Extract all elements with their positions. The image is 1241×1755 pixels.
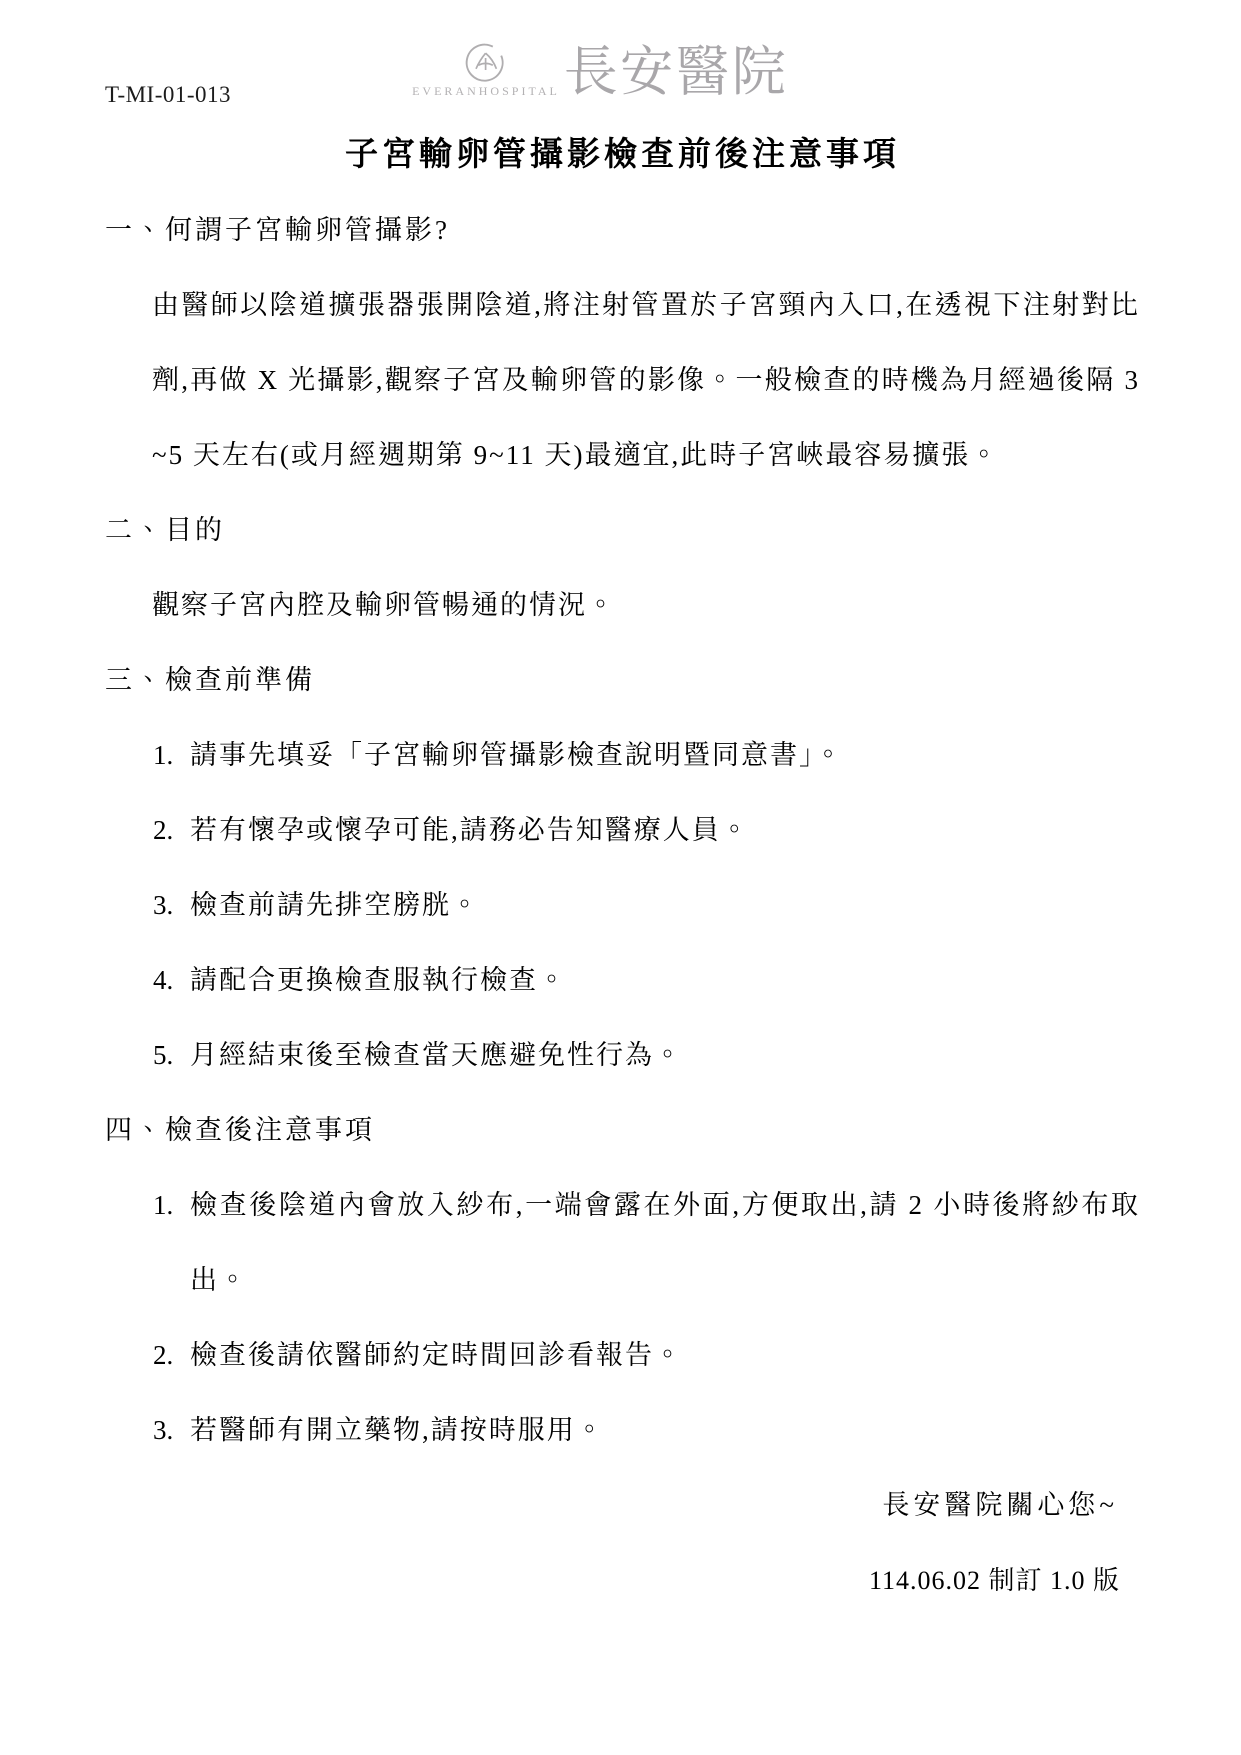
list-item: 3. 檢查前請先排空膀胱。 bbox=[153, 868, 1140, 943]
list-item: 2. 檢查後請依醫師約定時間回診看報告。 bbox=[153, 1318, 1140, 1393]
document-header: T-MI-01-013 EVERANHOSPITAL 長安醫院 bbox=[105, 0, 1140, 118]
hospital-logo-mark: EVERANHOSPITAL bbox=[412, 40, 560, 99]
section-1-paragraph: 由醫師以陰道擴張器張開陰道,將注射管置於子宮頸內入口,在透視下注射對比劑,再做 … bbox=[152, 268, 1140, 493]
list-item: 3. 若醫師有開立藥物,請按時服用。 bbox=[153, 1393, 1140, 1468]
hospital-name-en: EVERANHOSPITAL bbox=[412, 84, 560, 99]
list-item-text: 請事先填妥「子宮輸卵管攝影檢查說明暨同意書」。 bbox=[190, 718, 1140, 793]
list-item-number: 2. bbox=[153, 793, 190, 868]
list-item-number: 5. bbox=[153, 1018, 190, 1093]
page-title: 子宮輸卵管攝影檢查前後注意事項 bbox=[105, 118, 1140, 193]
section-heading-4: 四、檢查後注意事項 bbox=[105, 1093, 1140, 1168]
list-item-text: 檢查後請依醫師約定時間回診看報告。 bbox=[190, 1318, 1140, 1393]
list-item-text: 若醫師有開立藥物,請按時服用。 bbox=[190, 1393, 1140, 1468]
list-item-number: 2. bbox=[153, 1318, 190, 1393]
list-item-number: 4. bbox=[153, 943, 190, 1018]
list-item-text: 若有懷孕或懷孕可能,請務必告知醫療人員。 bbox=[190, 793, 1140, 868]
hospital-emblem-icon bbox=[462, 40, 510, 88]
document-page: T-MI-01-013 EVERANHOSPITAL 長安醫院 子宮輸卵管攝影檢… bbox=[0, 0, 1241, 1755]
list-item: 4. 請配合更換檢查服執行檢查。 bbox=[153, 943, 1140, 1018]
hospital-name-zh: 長安醫院 bbox=[564, 45, 788, 99]
list-item-text: 請配合更換檢查服執行檢查。 bbox=[190, 943, 1140, 1018]
list-item-text: 月經結束後至檢查當天應避免性行為。 bbox=[190, 1018, 1140, 1093]
section-heading-2: 二、目的 bbox=[105, 493, 1140, 568]
list-item: 1. 檢查後陰道內會放入紗布,一端會露在外面,方便取出,請 2 小時後將紗布取出… bbox=[153, 1168, 1140, 1318]
section-2-paragraph: 觀察子宮內腔及輸卵管暢通的情況。 bbox=[152, 568, 1140, 643]
list-item: 2. 若有懷孕或懷孕可能,請務必告知醫療人員。 bbox=[153, 793, 1140, 868]
hospital-logo: EVERANHOSPITAL 長安醫院 bbox=[412, 40, 788, 99]
section-heading-1: 一、何謂子宮輸卵管攝影? bbox=[105, 193, 1140, 268]
list-item: 5. 月經結束後至檢查當天應避免性行為。 bbox=[153, 1018, 1140, 1093]
list-item-text: 檢查後陰道內會放入紗布,一端會露在外面,方便取出,請 2 小時後將紗布取出。 bbox=[190, 1168, 1140, 1318]
footer-closing-line: 長安醫院關心您~ bbox=[105, 1468, 1140, 1543]
document-code: T-MI-01-013 bbox=[105, 82, 231, 108]
list-item-text: 檢查前請先排空膀胱。 bbox=[190, 868, 1140, 943]
list-item-number: 1. bbox=[153, 718, 190, 793]
list-item-number: 3. bbox=[153, 868, 190, 943]
list-item-number: 3. bbox=[153, 1393, 190, 1468]
section-heading-3: 三、檢查前準備 bbox=[105, 643, 1140, 718]
list-item-number: 1. bbox=[153, 1168, 190, 1318]
list-item: 1. 請事先填妥「子宮輸卵管攝影檢查說明暨同意書」。 bbox=[153, 718, 1140, 793]
footer-version-line: 114.06.02 制訂 1.0 版 bbox=[105, 1543, 1140, 1618]
